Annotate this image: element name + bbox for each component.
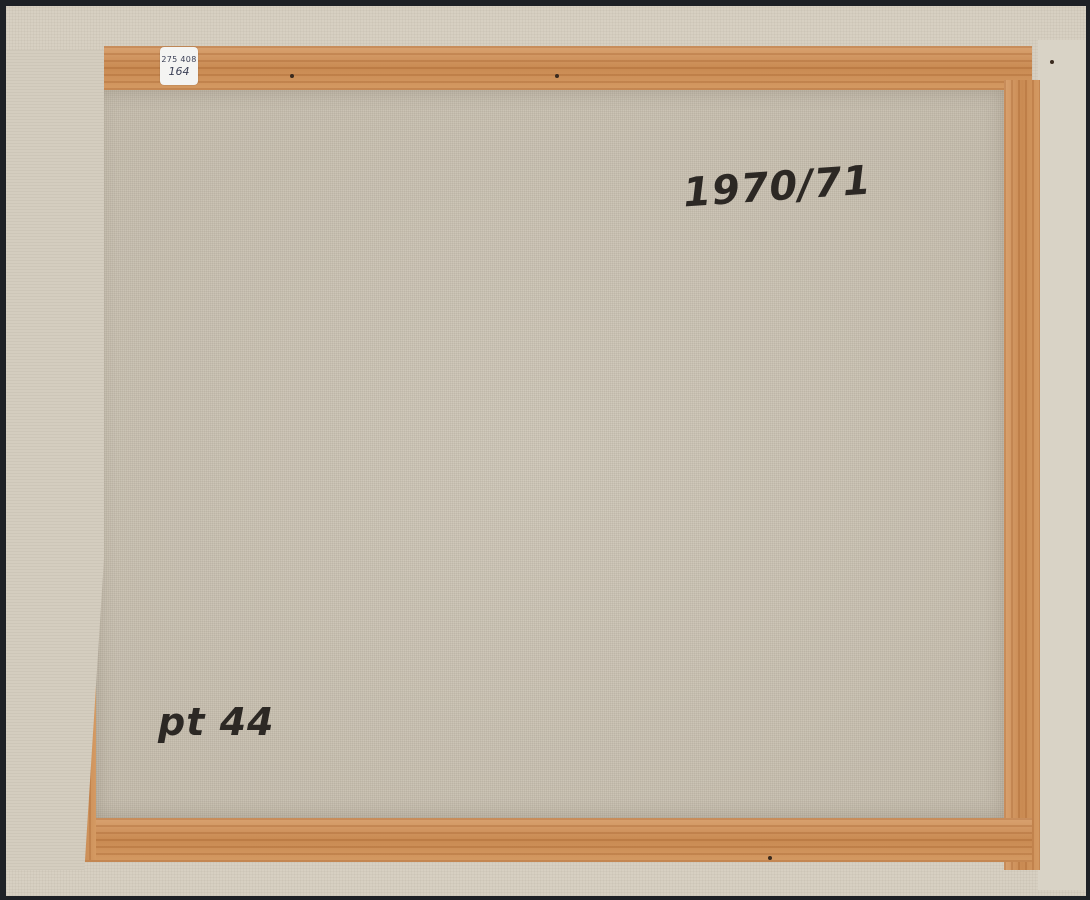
canvas-back-photo: 275 408 164 1970/71 pt 44: [0, 0, 1090, 900]
nail-head: [1050, 60, 1054, 64]
inventory-label-sticker: 275 408 164: [160, 47, 198, 85]
label-number: 275 408: [161, 55, 196, 65]
stretcher-bar-top: [104, 46, 1032, 90]
nail-head: [555, 74, 559, 78]
nail-head: [290, 74, 294, 78]
label-lot: 164: [169, 65, 190, 78]
stretcher-bar-bottom: [72, 818, 1032, 862]
nail-head: [768, 856, 772, 860]
handwritten-reference: pt 44: [158, 700, 274, 744]
left-canvas-flap: [6, 50, 104, 870]
stretcher-bar-right: [1004, 80, 1040, 870]
right-canvas-flap: [1038, 40, 1086, 890]
